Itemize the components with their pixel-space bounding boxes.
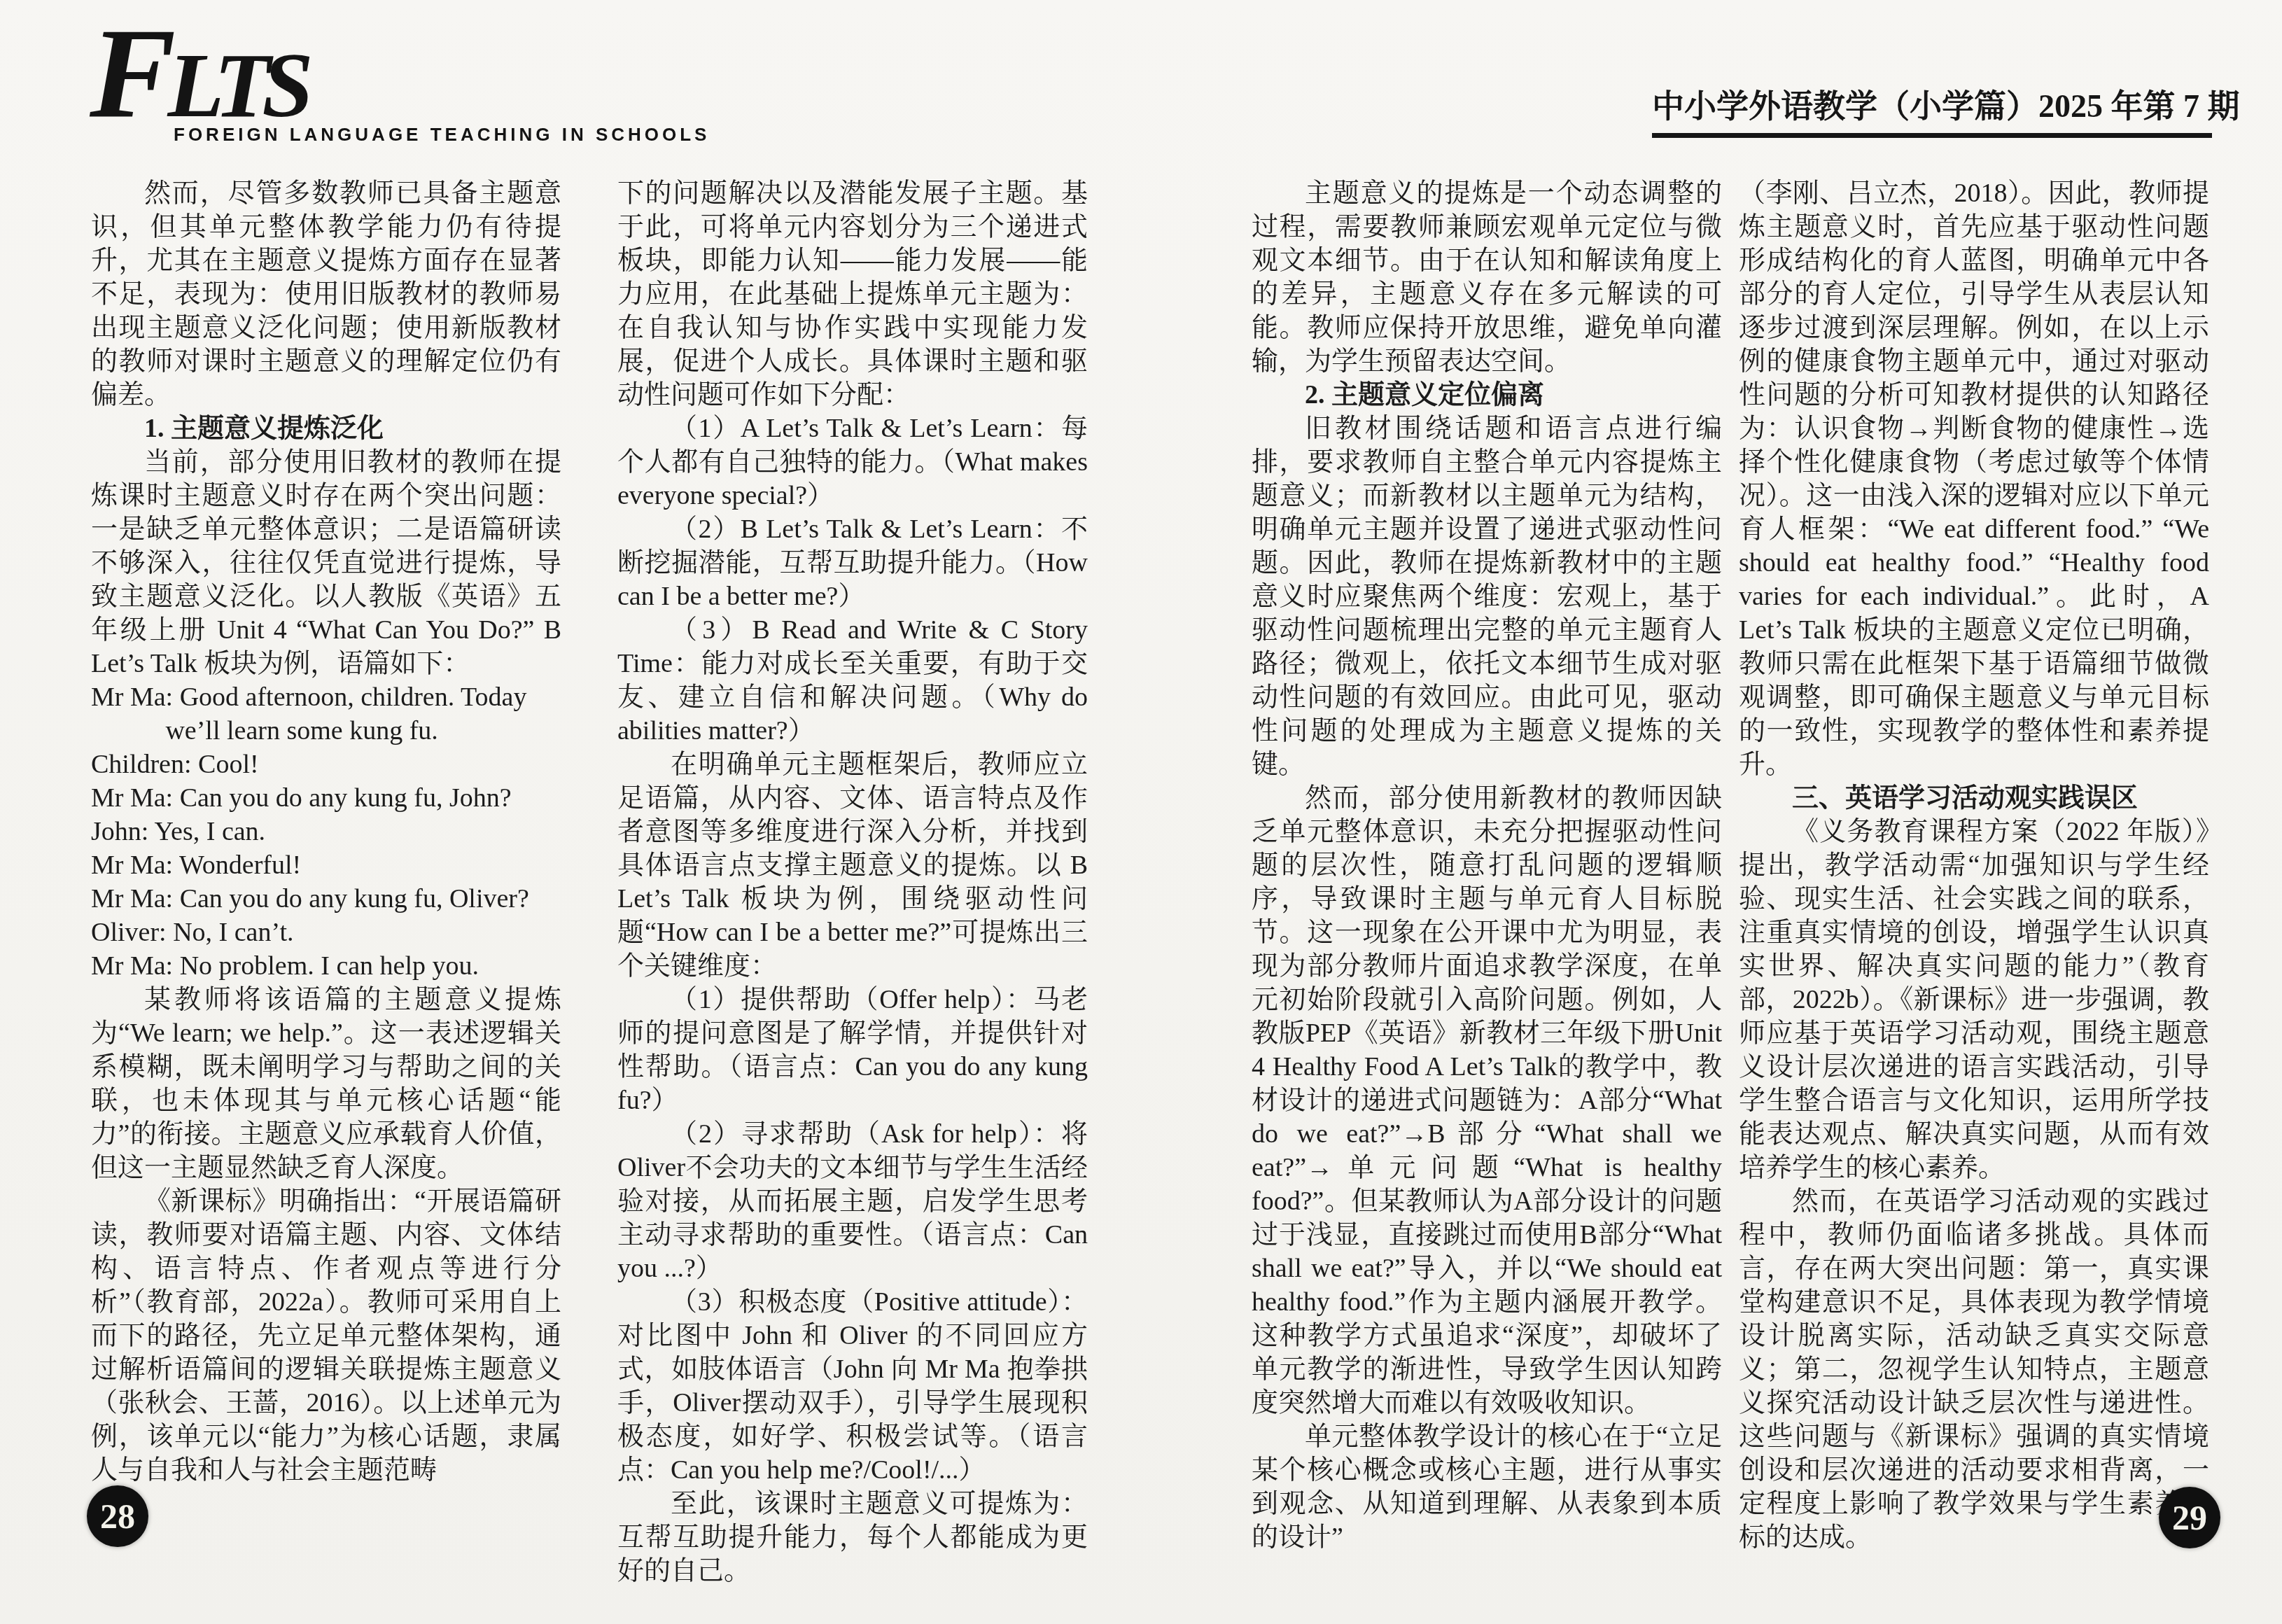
section-heading: 三、英语学习活动观实践误区 — [1739, 781, 2209, 815]
paragraph: 然而，尽管多数教师已具备主题意识，但其单元整体教学能力仍有待提升，尤其在主题意义… — [91, 176, 561, 412]
paragraph: 《义务教育课程方案（2022 年版）》提出，教学活动需“加强知识与学生经验、现实… — [1739, 815, 2209, 1184]
paragraph: 某教师将该语篇的主题意义提炼为“We learn; we help.”。这一表述… — [91, 983, 561, 1184]
paragraph: 主题意义的提炼是一个动态调整的过程，需要教师兼顾宏观单元定位与微观文本细节。由于… — [1252, 176, 1722, 378]
paragraph: （3）B Read and Write & C Story Time：能力对成长… — [617, 613, 1088, 748]
paragraph: 至此，该课时主题意义可提炼为：互帮互助提升能力，每个人都能成为更好的自己。 — [617, 1487, 1088, 1588]
dialogue-line: Oliver: No, I can’t. — [91, 916, 561, 949]
journal-issue-title: 中小学外语教学（小学篇）2025 年第 7 期 — [1652, 88, 2212, 125]
dialogue-line: Mr Ma: No problem. I can help you. — [91, 949, 561, 983]
paragraph: 然而，部分使用新教材的教师因缺乏单元整体意识，未充分把握驱动性问题的层次性，随意… — [1252, 781, 1722, 1420]
dialogue-line: Mr Ma: Can you do any kung fu, John? — [91, 781, 561, 815]
logo-tagline-text: FOREIGN LANGUAGE TEACHING IN SCHOOLS — [174, 124, 710, 146]
text-column-2: 下的问题解决以及潜能发展子主题。基于此，可将单元内容划分为三个递进式板块，即能力… — [617, 176, 1088, 1588]
dialogue-line: John: Yes, I can. — [91, 815, 561, 848]
paragraph: 当前，部分使用旧教材的教师在提炼课时主题意义时存在两个突出问题：一是缺乏单元整体… — [91, 445, 561, 680]
logo-acronym-text: FLTS — [90, 21, 710, 138]
paragraph: （3）积极态度（Positive attitude）：对比图中 John 和 O… — [617, 1285, 1088, 1487]
journal-spread: FLTS FOREIGN LANGUAGE TEACHING IN SCHOOL… — [0, 0, 2282, 1624]
header-rule — [1652, 133, 2212, 138]
paragraph: （李刚、吕立杰，2018）。因此，教师提炼主题意义时，首先应基于驱动性问题形成结… — [1739, 176, 2209, 781]
section-heading: 1. 主题意义提炼泛化 — [91, 412, 561, 445]
journal-header: 中小学外语教学（小学篇）2025 年第 7 期 — [1652, 88, 2212, 138]
dialogue-line: Mr Ma: Wonderful! — [91, 848, 561, 882]
paragraph: （1）A Let’s Talk & Let’s Learn：每个人都有自己独特的… — [617, 412, 1088, 512]
paragraph: （2）B Let’s Talk & Let’s Learn：不断挖掘潜能，互帮互… — [617, 512, 1088, 613]
page-number-right: 29 — [2159, 1487, 2220, 1548]
paragraph: （2）寻求帮助（Ask for help）：将Oliver不会功夫的文本细节与学… — [617, 1117, 1088, 1285]
paragraph: （1）提供帮助（Offer help）：马老师的提问意图是了解学情，并提供针对性… — [617, 983, 1088, 1117]
journal-logo: FLTS FOREIGN LANGUAGE TEACHING IN SCHOOL… — [90, 21, 710, 146]
paragraph: 在明确单元主题框架后，教师应立足语篇，从内容、文体、语言特点及作者意图等多维度进… — [617, 748, 1088, 983]
paragraph: 《新课标》明确指出：“开展语篇研读，教师要对语篇主题、内容、文体结构、语言特点、… — [91, 1184, 561, 1487]
paragraph: 单元整体教学设计的核心在于“立足某个核心概念或核心主题，进行从事实到观念、从知道… — [1252, 1420, 1722, 1554]
text-column-4: （李刚、吕立杰，2018）。因此，教师提炼主题意义时，首先应基于驱动性问题形成结… — [1739, 176, 2209, 1554]
paragraph: 下的问题解决以及潜能发展子主题。基于此，可将单元内容划分为三个递进式板块，即能力… — [617, 176, 1088, 412]
page-number-left: 28 — [87, 1485, 148, 1547]
dialogue-line: Mr Ma: Can you do any kung fu, Oliver? — [91, 882, 561, 916]
dialogue-line: Children: Cool! — [91, 748, 561, 781]
section-heading: 2. 主题意义定位偏离 — [1252, 378, 1722, 412]
text-column-3: 主题意义的提炼是一个动态调整的过程，需要教师兼顾宏观单元定位与微观文本细节。由于… — [1252, 176, 1722, 1554]
paragraph: 旧教材围绕话题和语言点进行编排，要求教师自主整合单元内容提炼主题意义；而新教材以… — [1252, 412, 1722, 781]
paragraph: 然而，在英语学习活动观的实践过程中，教师仍面临诸多挑战。具体而言，存在两大突出问… — [1739, 1184, 2209, 1554]
dialogue-line: Mr Ma: Good afternoon, children. Today w… — [91, 680, 561, 748]
text-column-1: 然而，尽管多数教师已具备主题意识，但其单元整体教学能力仍有待提升，尤其在主题意义… — [91, 176, 561, 1487]
